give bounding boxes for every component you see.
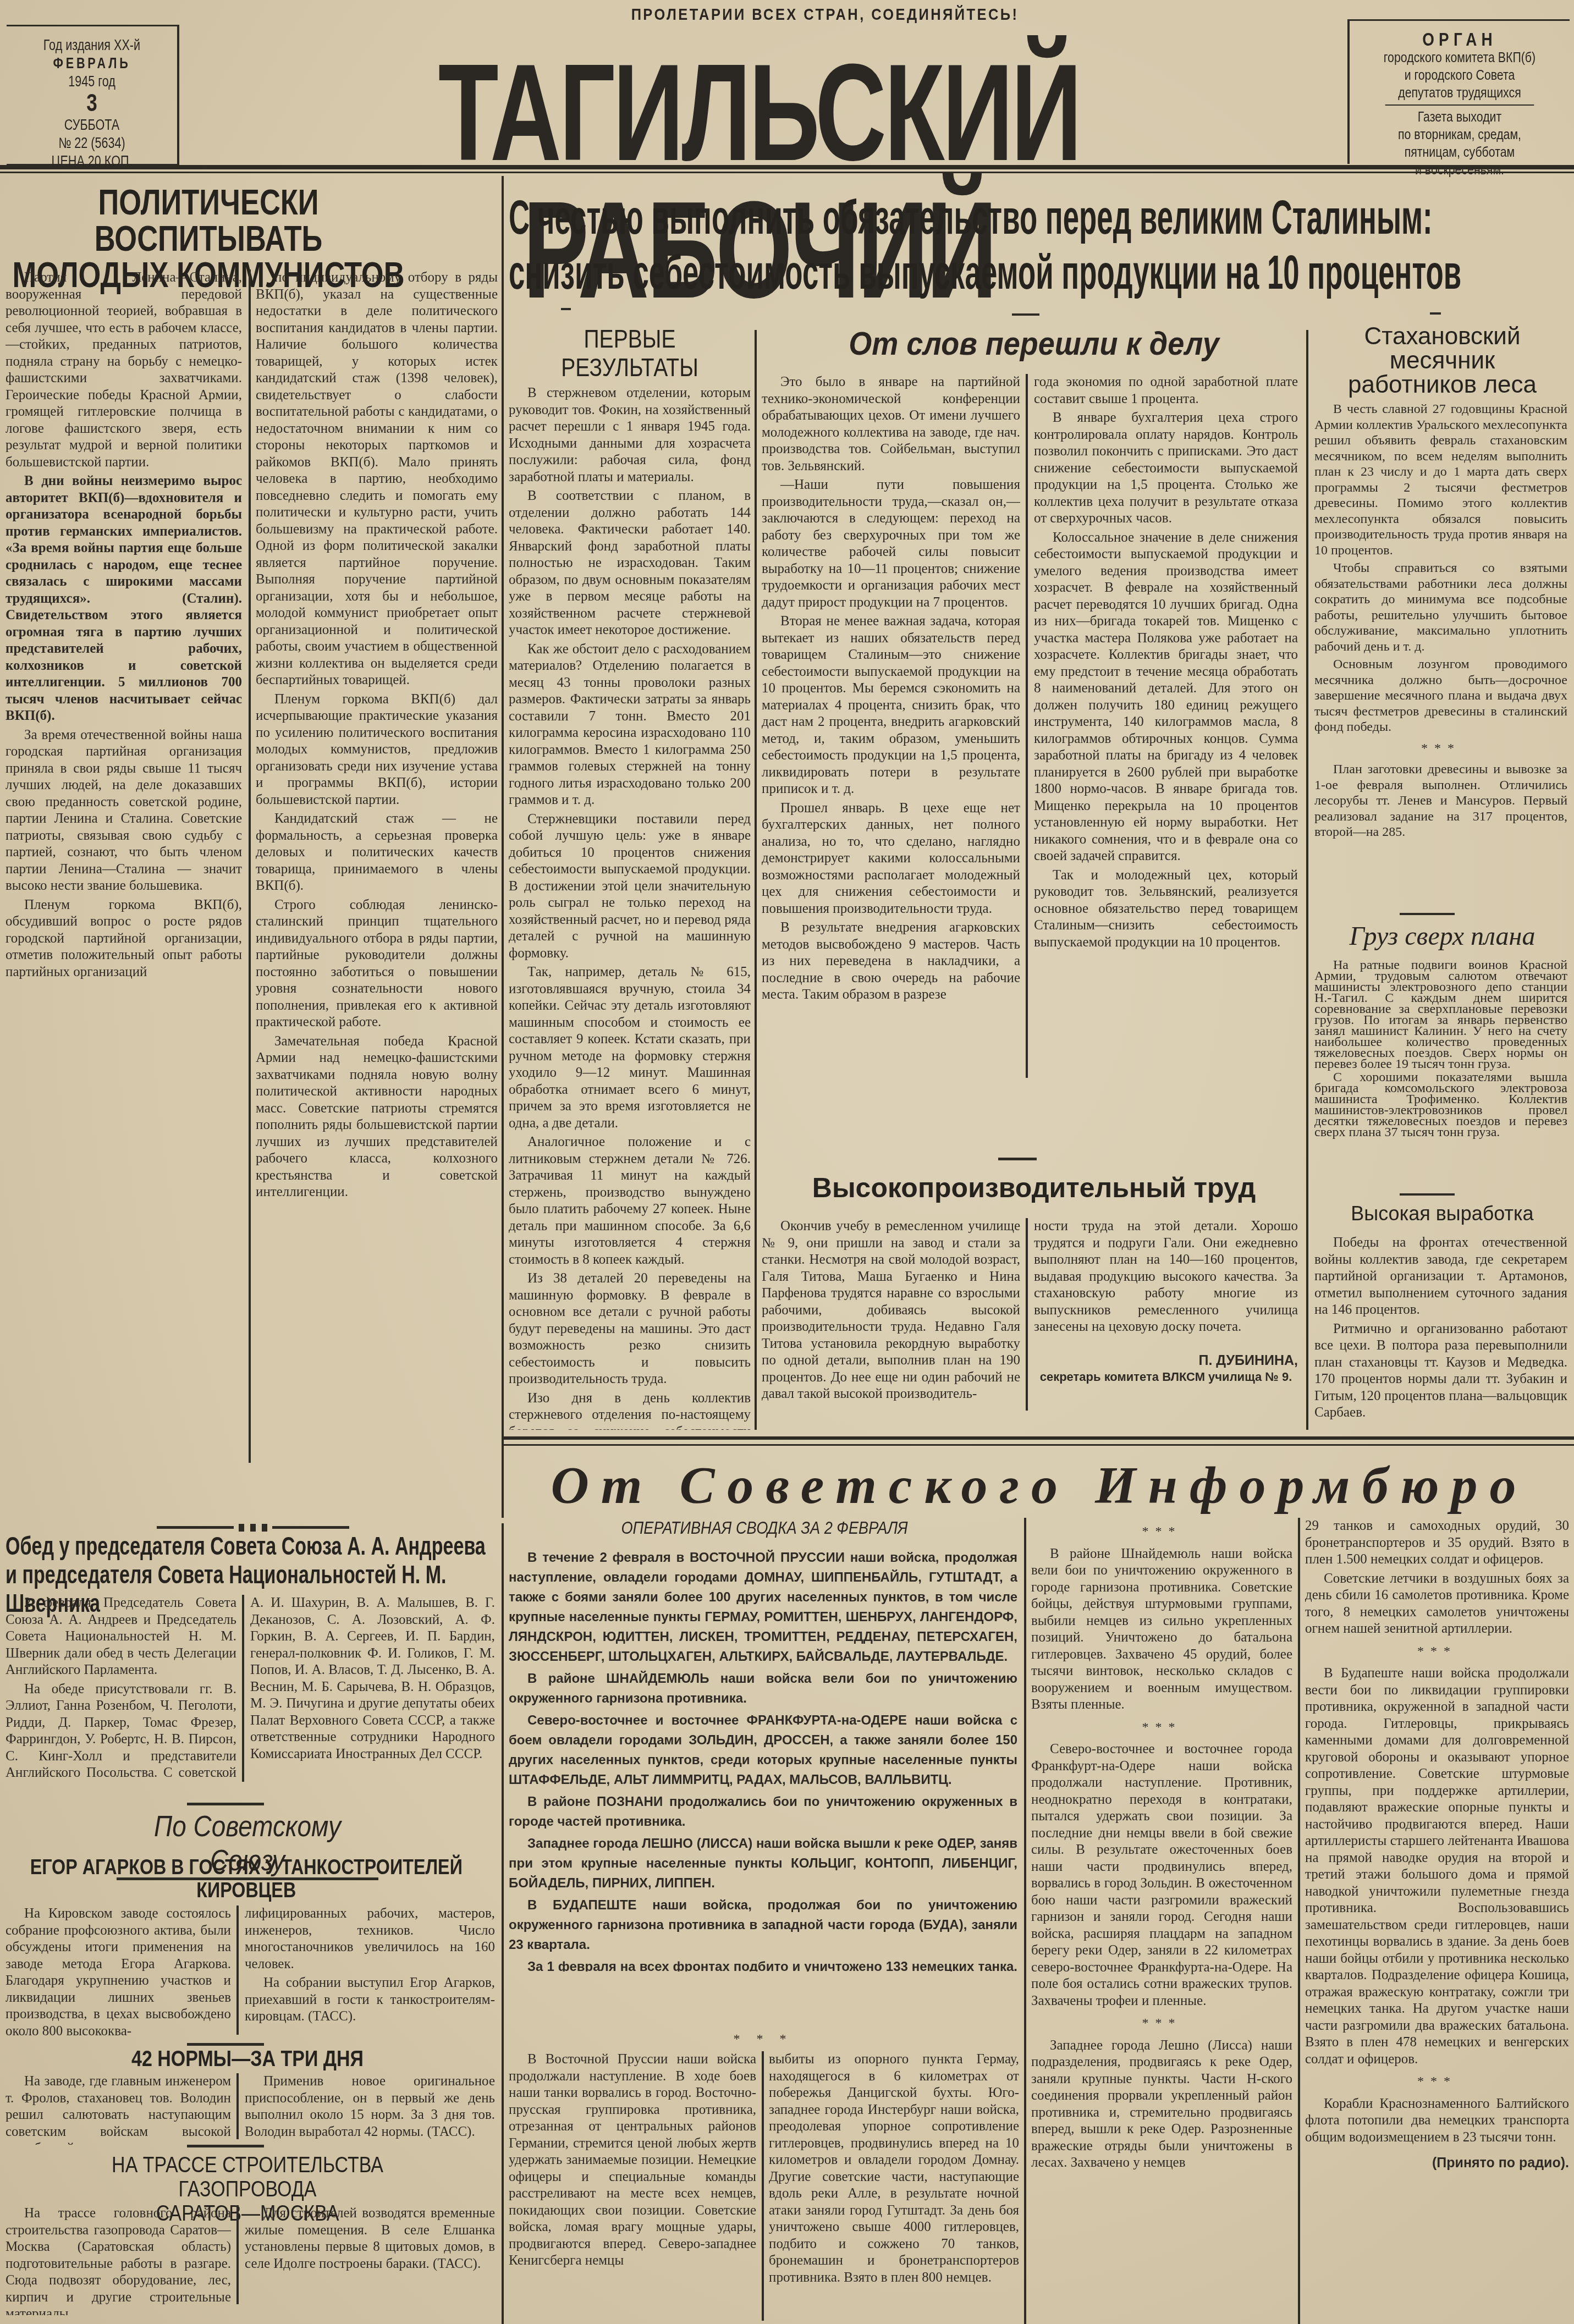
schedule-line: и воскресеньям. — [1369, 161, 1550, 178]
column-divider — [1306, 330, 1308, 1430]
editorial-headline-line: ПОЛИТИЧЕСКИ ВОСПИТЫВАТЬ — [5, 184, 411, 257]
masthead-slogan: ПРОЛЕТАРИИ ВСЕХ СТРАН, СОЕДИНЯЙТЕСЬ! — [591, 5, 1059, 24]
column-divider — [1298, 1518, 1300, 2324]
paragraph: Изо дня в день коллектив стержневого отд… — [509, 1390, 751, 1430]
stakhanov-body: В честь славной 27 годовщины Красной Арм… — [1314, 401, 1567, 896]
schedule-line: по вторникам, средам, — [1369, 125, 1550, 143]
stars-separator: *** — [1314, 741, 1567, 757]
norms-col-1: На заводе, где главным инженером т. Фрол… — [5, 2073, 231, 2145]
from-words-col-1: Это было в январе на партийной технико-э… — [762, 374, 1020, 1078]
organ-line: и городского Совета — [1369, 66, 1550, 84]
paragraph: Прошел январь. В цехе еще нет бухгалтерс… — [762, 800, 1020, 918]
organ-line: депутатов трудящихся — [1369, 84, 1550, 101]
column-divider — [755, 330, 757, 1430]
column-divider — [762, 2051, 764, 2321]
paragraph: года экономия по одной заработной плате … — [1034, 374, 1298, 407]
paragraph: В честь славной 27 годовщины Красной Арм… — [1314, 401, 1567, 558]
paragraph: Основным лозунгом проводимого месячника … — [1314, 657, 1567, 735]
organ-line: городского комитета ВКП(б) — [1369, 48, 1550, 66]
paragraph: В районе Шнайдемюль наши войска вели бои… — [1031, 1546, 1292, 1714]
gas-headline-line: НА ТРАССЕ СТРОИТЕЛЬСТВА ГАЗОПРОВОДА — [42, 2153, 453, 2201]
cargo-body: На ратные подвиги воинов Красной Армии, … — [1314, 960, 1567, 1185]
norms-col-2: Применив новое оригинальное приспособлен… — [245, 2073, 495, 2145]
issue-number: № 22 (5634) — [24, 134, 160, 152]
paragraph: по индивидуальному отбору в ряды ВКП(б),… — [256, 269, 498, 689]
paragraph: На Кировском заводе состоялось собрание … — [5, 1906, 231, 2040]
organ-label: ОРГАН — [1369, 31, 1550, 48]
stars-separator: *** — [1305, 1643, 1569, 1660]
agarkov-headline-line: ЕГОР АГАРКОВ В ГОСТЯХ У ТАНКОСТРОИТЕЛЕЙ — [5, 1856, 487, 1879]
paragraph: Применив новое оригинальное приспособлен… — [245, 2073, 495, 2140]
schedule-line: Газета выходит — [1369, 108, 1550, 125]
paragraph: Замечательная победа Красной Армии над н… — [256, 1033, 498, 1201]
paragraph: Аналогичное положение и с литниковым сте… — [509, 1134, 751, 1268]
section-rule — [503, 1436, 1574, 1440]
paragraph: Так и молодежный цех, который руководит … — [1034, 867, 1298, 951]
stars-separator: * * * — [509, 2032, 1017, 2047]
section-divider — [502, 176, 504, 1518]
issue-weekday: СУББОТА — [24, 116, 160, 134]
main-headline: С честью выполнить обязательство перед в… — [509, 190, 1571, 300]
productive-labor-col-1: Окончив учебу в ремесленном училище № 9,… — [762, 1218, 1020, 1411]
paragraph: В Будапеште наши войска продолжали вести… — [1305, 1665, 1569, 2068]
main-headline-line: снизить себестоимость выпускаемой продук… — [509, 245, 1571, 300]
paragraph: Так, например, деталь № 615, изготовлявш… — [509, 964, 751, 1132]
stars-separator: *** — [1031, 2015, 1292, 2032]
paragraph: Как же обстоит дело с расходованием мате… — [509, 641, 751, 809]
paragraph: 2 февраля Председатель Совета Союза А. А… — [5, 1595, 236, 1679]
paragraph: Из 38 деталей 20 переведены на машинную … — [509, 1270, 751, 1388]
column-divider — [1026, 374, 1028, 1078]
paragraph: Стержневщики поставили перед собой лучшу… — [509, 811, 751, 962]
column-divider — [1026, 1218, 1028, 1411]
separator — [1430, 312, 1441, 315]
paragraph: На заводе, где главным инженером т. Фрол… — [5, 2073, 231, 2145]
paragraph: Вторая не менее важная задача, которая в… — [762, 613, 1020, 798]
operational-summary-subtitle: ОПЕРАТИВНАЯ СВОДКА ЗА 2 ФЕВРАЛЯ — [547, 1518, 982, 1538]
paragraph: За время отечественной войны наша городс… — [5, 727, 242, 895]
dinner-col-1: 2 февраля Председатель Совета Союза А. А… — [5, 1595, 236, 1782]
column-divider — [236, 1906, 239, 2035]
paragraph: На трассе головного района строительства… — [5, 2205, 231, 2315]
section-divider — [502, 1523, 504, 2324]
schedule-line: пятницам, субботам — [1369, 143, 1550, 161]
paragraph: 29 танков и самоходных орудий, 30 бронет… — [1305, 1518, 1569, 1568]
first-results-body: В стержневом отделении, которым руководи… — [509, 385, 751, 1430]
separator — [1400, 913, 1455, 915]
dinner-col-2: А. И. Шахурин, В. А. Малышев, В. Г. Дека… — [250, 1595, 495, 1782]
from-words-headline: От слов перешли к делу — [789, 324, 1279, 363]
signature-role: секретарь комитета ВЛКСМ училища № 9. — [1034, 1369, 1298, 1386]
column-divider — [236, 2073, 239, 2139]
separator — [187, 2145, 264, 2147]
paragraph: ности труда на этой детали. Хорошо трудя… — [1034, 1218, 1298, 1336]
gas-col-2: Для строителей возводятся временные жилы… — [245, 2205, 495, 2315]
paragraph: В районе ПОЗНАНИ продолжались бои по уни… — [509, 1792, 1017, 1832]
paragraph: Окончив учебу в ремесленном училище № 9,… — [762, 1218, 1020, 1403]
issue-info-box: Год издания XX-й ФЕВРАЛЬ 1945 год 3 СУББ… — [7, 25, 179, 166]
masthead-rule-thin — [0, 172, 1574, 173]
separator — [998, 1158, 1037, 1160]
column-divider — [249, 269, 251, 1463]
separator — [187, 2043, 264, 2046]
paragraph: В результате внедрения агарковских метод… — [762, 919, 1020, 1004]
issue-year: Год издания XX-й — [24, 36, 160, 54]
paragraph: Строго соблюдая ленинско-сталинский прин… — [256, 897, 498, 1031]
sovinformburo-headline: От Советского Информбюро — [506, 1455, 1573, 1516]
paragraph: Для строителей возводятся временные жилы… — [245, 2205, 495, 2272]
paragraph: В январе бухгалтерия цеха строго контрол… — [1034, 410, 1298, 527]
newspaper-page: ПРОЛЕТАРИИ ВСЕХ СТРАН, СОЕДИНЯЙТЕСЬ! Год… — [0, 0, 1574, 2324]
paragraph: выбиты из опорного пункта Гермау, находя… — [769, 2051, 1019, 2286]
right-summary-col-1: *** В районе Шнайдемюль наши войска вели… — [1031, 1518, 1292, 2321]
separator — [1012, 313, 1039, 316]
paragraph: Колоссальное значение в деле снижения се… — [1034, 530, 1298, 865]
agarkov-headline-line: КИРОВЦЕВ — [5, 1879, 487, 1902]
cargo-headline: Груз сверх плана — [1314, 921, 1570, 951]
section-rule-thin — [503, 1444, 1574, 1446]
stakhanov-headline-line: работников леса — [1314, 373, 1570, 397]
article-signature: П. ДУБИНИНА, — [1034, 1352, 1298, 1369]
paragraph: Партия Ленина—Сталина, вооруженная перед… — [5, 269, 242, 471]
norms-headline: 42 НОРМЫ—ЗА ТРИ ДНЯ — [42, 2047, 453, 2071]
dinner-headline-line: Обед у председателя Совета Союза А. А. А… — [5, 1532, 494, 1560]
agarkov-headline: ЕГОР АГАРКОВ В ГОСТЯХ У ТАНКОСТРОИТЕЛЕЙ … — [5, 1856, 487, 1902]
paragraph: Это было в январе на партийной технико-э… — [762, 374, 1020, 475]
paragraph: Пленум горкома ВКП(б) дал исчерпывающие … — [256, 691, 498, 809]
stakhanov-headline-line: месячник — [1314, 349, 1570, 373]
separator — [561, 308, 571, 310]
paragraph: Западнее города ЛЕШНО (ЛИССА) наши войск… — [509, 1834, 1017, 1893]
lower-summary-col-1: В Восточной Пруссии наши войска продолжа… — [509, 2051, 756, 2321]
paragraph: Чтобы справиться со взятыми обязательств… — [1314, 560, 1567, 654]
agarkov-col-1: На Кировском заводе состоялось собрание … — [5, 1906, 231, 2040]
stakhanov-headline-line: Стахановский — [1314, 324, 1570, 349]
issue-day: 3 — [24, 91, 160, 116]
paragraph: А. И. Шахурин, В. А. Малышев, В. Г. Дека… — [250, 1595, 495, 1763]
paragraph: В соответствии с планом, в отделении дол… — [509, 488, 751, 639]
paragraph: Северо-восточнее и восточнее ФРАНКФУРТА-… — [509, 1711, 1017, 1790]
productive-labor-col-2: ности труда на этой детали. Хорошо трудя… — [1034, 1218, 1298, 1411]
productive-labor-headline: Высокопроизводительный труд — [762, 1171, 1306, 1204]
stakhanov-headline: Стахановский месячник работников леса — [1314, 324, 1570, 397]
paragraph: Западнее города Лешно (Лисса) наши подра… — [1031, 2037, 1292, 2172]
paragraph: На собрании выступил Егор Агарков, приех… — [245, 1975, 495, 2025]
lower-summary-col-2: выбиты из опорного пункта Гермау, находя… — [769, 2051, 1019, 2321]
paragraph: Кандидатский стаж — не формальность, а с… — [256, 811, 498, 895]
high-output-headline: Высокая выработка — [1314, 1202, 1570, 1226]
paragraph: В течение 2 февраля в ВОСТОЧНОЙ ПРУССИИ … — [509, 1548, 1017, 1667]
paragraph: В стержневом отделении, которым руководи… — [509, 385, 751, 486]
paragraph: Победы на фронтах отечественной войны ко… — [1314, 1235, 1567, 1319]
editorial-col-2: по индивидуальному отбору в ряды ВКП(б),… — [256, 269, 498, 1452]
paragraph: Советские летчики в воздушных боях за де… — [1305, 1571, 1569, 1638]
paragraph: План заготовки древесины и вывозке за 1-… — [1314, 762, 1567, 840]
paragraph: С хорошими показателями вышла бригада ко… — [1314, 1072, 1567, 1138]
paragraph: За 1 февраля на всех фронтах подбито и у… — [509, 1957, 1017, 1971]
from-words-col-2: года экономия по одной заработной плате … — [1034, 374, 1298, 1078]
issue-month: ФЕВРАЛЬ — [24, 54, 160, 73]
paragraph: Северо-восточнее и восточнее города Фран… — [1031, 1741, 1292, 2009]
paragraph: В дни войны неизмеримо вырос авторитет В… — [5, 473, 242, 725]
main-headline-line: С честью выполнить обязательство перед в… — [509, 190, 1571, 245]
paragraph: В БУДАПЕШТЕ наши войска, продолжая бои п… — [509, 1896, 1017, 1955]
stars-separator: *** — [1305, 2073, 1569, 2090]
paragraph: На ратные подвиги воинов Красной Армии, … — [1314, 960, 1567, 1070]
stars-separator: *** — [1031, 1719, 1292, 1736]
paragraph: —Наши пути повышения производительности … — [762, 477, 1020, 611]
operational-summary-body: В течение 2 февраля в ВОСТОЧНОЙ ПРУССИИ … — [509, 1548, 1017, 1971]
agarkov-col-2: лифицированных рабочих, мастеров, инжене… — [245, 1906, 495, 2040]
paragraph: Ритмично и организованно работают все це… — [1314, 1321, 1567, 1422]
stars-separator: *** — [1031, 1523, 1292, 1540]
paragraph: лифицированных рабочих, мастеров, инжене… — [245, 1906, 495, 1973]
source-note: (Принято по радио). — [1305, 2155, 1569, 2172]
paragraph: Пленум горкома ВКП(б), обсудивший вопрос… — [5, 897, 242, 981]
first-results-headline: ПЕРВЫЕ РЕЗУЛЬТАТЫ — [527, 324, 733, 382]
masthead-rule — [0, 165, 1574, 169]
editorial-col-1: Партия Ленина—Сталина, вооруженная перед… — [5, 269, 242, 1452]
gas-col-1: На трассе головного района строительства… — [5, 2205, 231, 2315]
high-output-body: Победы на фронтах отечественной войны ко… — [1314, 1235, 1567, 1427]
publisher-info-box: ОРГАН городского комитета ВКП(б) и город… — [1347, 19, 1570, 164]
right-summary-col-2: 29 танков и самоходных орудий, 30 бронет… — [1305, 1518, 1569, 2321]
column-divider — [242, 1595, 244, 1782]
separator — [1400, 1193, 1455, 1196]
paragraph: В Восточной Пруссии наши войска продолжа… — [509, 2051, 756, 2270]
column-divider — [236, 2205, 239, 2304]
separator — [187, 1803, 264, 1805]
paragraph: В районе ШНАЙДЕМЮЛЬ наши войска вели бои… — [509, 1669, 1017, 1709]
paragraph: На обеде присутствовали гг. В. Эллиот, Г… — [5, 1681, 236, 1782]
issue-year-label: 1945 год — [24, 73, 160, 91]
paragraph: Корабли Краснознаменного Балтийского фло… — [1305, 2096, 1569, 2146]
column-divider — [1024, 1518, 1026, 2324]
